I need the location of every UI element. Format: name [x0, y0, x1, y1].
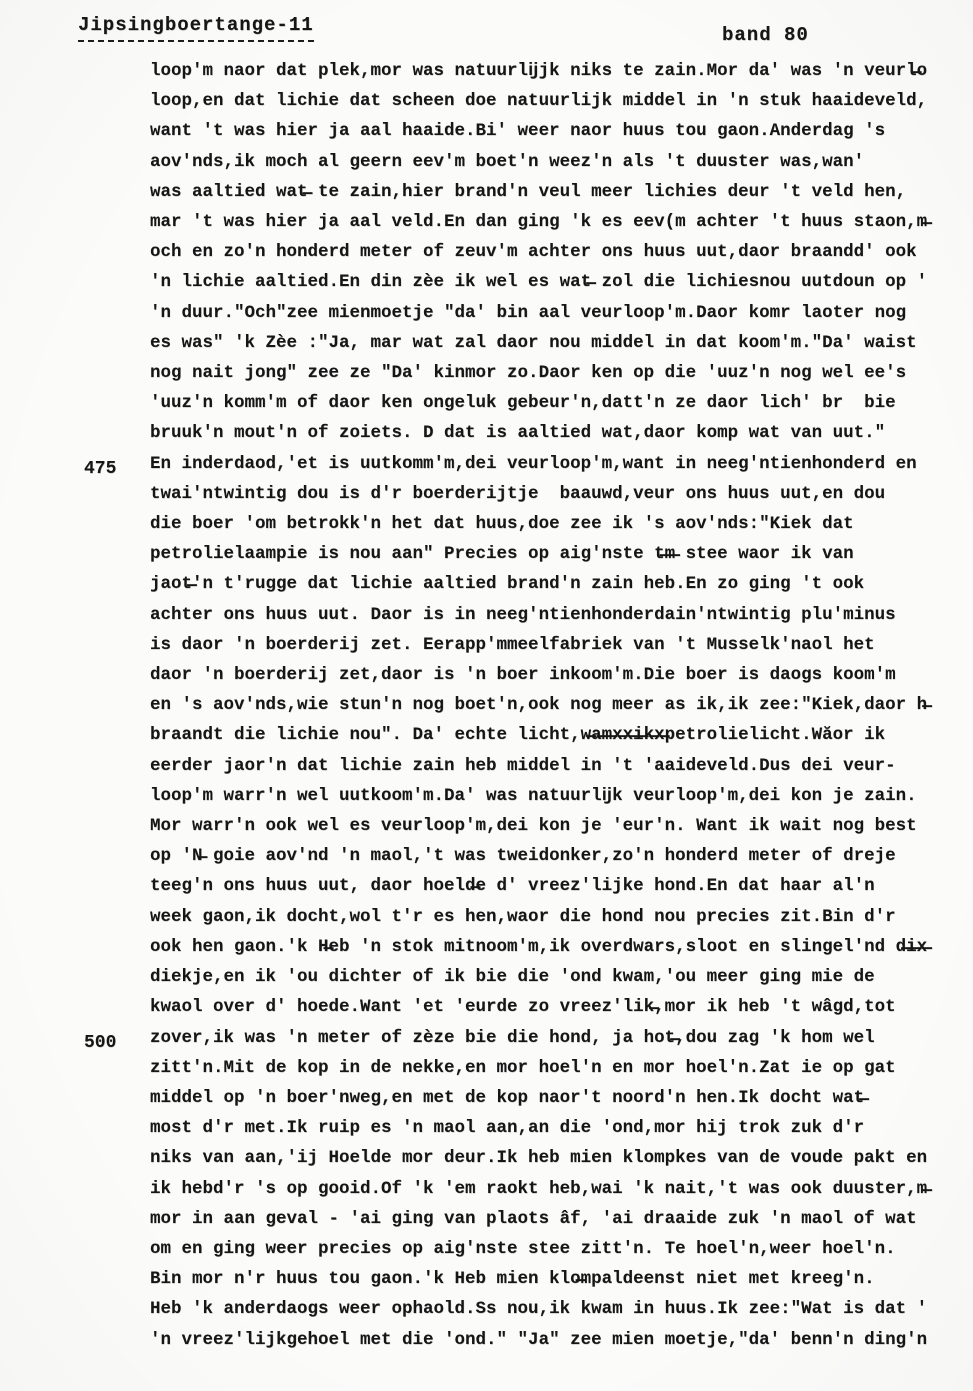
text-line: most d'r met.Ik ruip es 'n maol aan,an d… [150, 1113, 965, 1143]
line-number: 475 [84, 454, 116, 484]
document-page: Jipsingboertange-11 band 80 loop'm naor … [0, 0, 973, 1391]
text-line: diekje,en ik 'ou dichter of ik bie die '… [150, 962, 965, 992]
band-label: band 80 [722, 24, 809, 46]
text-line: loop'm naor dat plek,mor was natuurlĳjk … [150, 56, 965, 86]
text-line: Heb 'k anderdaogs weer ophaold.Ss nou,ik… [150, 1294, 965, 1324]
text-line: braandt die lichie nou". Da' echte licht… [150, 720, 965, 750]
text-line: niks van aan,'ij Hoelde mor deur.Ik heb … [150, 1143, 965, 1173]
text-line: mar 't was hier ja aal veld.En dan ging … [150, 207, 965, 237]
text-line: jaot̶'n t'rugge dat lichie aaltied brand… [150, 569, 965, 599]
text-line: want 't was hier ja aal haaide.Bi' weer … [150, 116, 965, 146]
text-line: eerder jaor'n dat lichie zain heb middel… [150, 751, 965, 781]
body-text: loop'm naor dat plek,mor was natuurlĳjk … [150, 56, 965, 1355]
text-line: middel op 'n boer'nweg,en met de kop nao… [150, 1083, 965, 1113]
text-line: 'n lichie aaltied.En din zèe ik wel es w… [150, 267, 965, 297]
text-line: om en ging weer precies op aig'nste stee… [150, 1234, 965, 1264]
text-line: loop'm warr'n wel uutkoom'm.Da' was natu… [150, 781, 965, 811]
text-line: die boer 'om betrokk'n het dat huus,doe … [150, 509, 965, 539]
text-line: op 'N̶ goie aov'nd 'n maol,'t was tweido… [150, 841, 965, 871]
text-line: en 's aov'nds,wie stun'n nog boet'n,ook … [150, 690, 965, 720]
text-line: is daor 'n boerderij zet. Eerapp'mmeelfa… [150, 630, 965, 660]
text-line: 'uuz'n komm'm of daor ken ongeluk gebeur… [150, 388, 965, 418]
text-line: was aaltied wat̶ te zain,hier brand'n ve… [150, 177, 965, 207]
text-line: Bin mor n'r huus tou gaon.'k Heb mien kl… [150, 1264, 965, 1294]
text-line: aov'nds,ik moch al geern eev'm boet'n we… [150, 147, 965, 177]
text-line: ik hebd'r 's op gooid.Of 'k 'em raokt he… [150, 1174, 965, 1204]
text-line: ook hen gaon.'k H̶eb 'n stok mitnoom'm,i… [150, 932, 965, 962]
text-line: loop,en dat lichie dat scheen doe natuur… [150, 86, 965, 116]
text-line: es was" 'k Zèe :"Ja, mar wat zal daor no… [150, 328, 965, 358]
line-number: 500 [84, 1028, 116, 1058]
text-line: daor 'n boerderij zet,daor is 'n boer in… [150, 660, 965, 690]
text-line: kwaol over d' hoede.Want 'et 'eurde zo v… [150, 992, 965, 1022]
text-line: week gaon,ik docht,wol t'r es hen,waor d… [150, 902, 965, 932]
text-line: zover,ik was 'n meter of zèze bie die ho… [150, 1023, 965, 1053]
text-line: bruuk'n mout'n of zoiets. D dat is aalti… [150, 418, 965, 448]
text-line: nog nait jong" zee ze "Da' kinmor zo.Dao… [150, 358, 965, 388]
text-line: Mor warr'n ook wel es veurloop'm,dei kon… [150, 811, 965, 841]
text-line: mor in aan geval - 'ai ging van plaots â… [150, 1204, 965, 1234]
text-line: twai'ntwintig dou is d'r boerderijtje ba… [150, 479, 965, 509]
text-line: achter ons huus uut. Daor is in neeg'nti… [150, 600, 965, 630]
page-title: Jipsingboertange-11 [78, 14, 314, 42]
text-line: zitt'n.Mit de kop in de nekke,en mor hoe… [150, 1053, 965, 1083]
text-line: och en zo'n honderd meter of zeuv'm acht… [150, 237, 965, 267]
text-line: 'n vreez'lijkgehoel met die 'ond." "Ja" … [150, 1325, 965, 1355]
text-line: petrolielaampie is nou aan" Precies op a… [150, 539, 965, 569]
text-line: 'n duur."Och"zee mienmoetje "da' bin aal… [150, 298, 965, 328]
text-line: teeg'n ons huus uut, daor hoeld̶e d' vre… [150, 871, 965, 901]
text-line: En inderdaod,'et is uutkomm'm,dei veurlo… [150, 449, 965, 479]
